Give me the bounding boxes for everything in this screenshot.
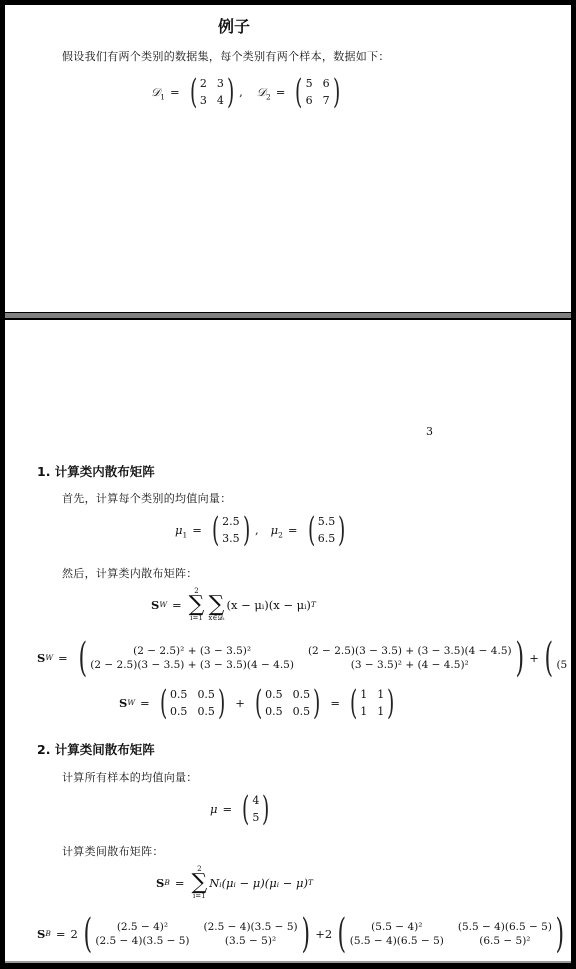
intro-text: 假设我们有两个类别的数据集，每个类别有两个样本，数据如下： <box>62 48 390 64</box>
sb-formula: SB = 2 ∑ i=1 Nᵢ(μᵢ − μ)(μᵢ − μ)T <box>156 866 313 900</box>
mu1-vector: ( 2.53.5 ) <box>209 513 253 547</box>
page-1: 例子 假设我们有两个类别的数据集，每个类别有两个样本，数据如下： 𝒟1 = ( … <box>5 5 571 312</box>
page-title: 例子 <box>218 14 250 37</box>
sum-symbol: ∑ x∈𝒟ᵢ <box>208 588 224 622</box>
sum-symbol: 2 ∑ i=1 <box>189 588 205 622</box>
class2-scatter-matrix-clipped: ( (5 (5 − 5.5)(6 <box>541 638 571 678</box>
section-2-text-1: 计算所有样本的均值向量： <box>62 769 198 785</box>
sb-expansion: SB = 2 ( (2.5 − 4)²(2.5 − 4)(3.5 − 5) (2… <box>37 914 570 954</box>
class2-between-matrix: ( (5.5 − 4)²(5.5 − 4)(6.5 − 5) (5.5 − 4)… <box>334 914 567 954</box>
d1-label: 𝒟1 <box>151 85 165 100</box>
mu-vector: ( 45 ) <box>239 792 273 826</box>
section-2-heading: 2. 计算类间散布矩阵 <box>37 740 155 758</box>
mu2-vector: ( 5.56.5 ) <box>305 513 349 547</box>
d2-label: 𝒟2 <box>257 85 271 100</box>
page-bottom-edge <box>5 961 571 963</box>
page-2: 3 1. 计算类内散布矩阵 首先，计算每个类别的均值向量： μ1 = ( 2.5… <box>5 320 571 961</box>
d2-matrix: ( 56 67 ) <box>292 75 343 109</box>
section-1-text-1: 首先，计算每个类别的均值向量： <box>62 490 232 506</box>
section-1-heading: 1. 计算类内散布矩阵 <box>37 462 155 480</box>
dataset-equation: 𝒟1 = ( 23 34 ) , 𝒟2 = ( 56 67 ) <box>151 75 345 109</box>
matrix-sw: ( 11 11 ) <box>347 686 398 720</box>
matrix-b: ( 0.50.5 0.50.5 ) <box>252 686 324 720</box>
class1-scatter-matrix: ( (2 − 2.5)² + (3 − 3.5)²(2 − 2.5)(3 − 3… <box>75 638 528 678</box>
overall-mean-equation: μ = ( 45 ) <box>210 792 275 826</box>
matrix-a: ( 0.50.5 0.50.5 ) <box>157 686 229 720</box>
mean-vectors-equation: μ1 = ( 2.53.5 ) , μ2 = ( 5.56.5 ) <box>175 513 351 547</box>
sw-result: SW = ( 0.50.5 0.50.5 ) + ( 0.50.5 0.50.5… <box>119 686 400 720</box>
page-separator <box>5 312 571 319</box>
sum-symbol: 2 ∑ i=1 <box>191 866 207 900</box>
page-number: 3 <box>426 425 433 438</box>
sw-expansion: SW = ( (2 − 2.5)² + (3 − 3.5)²(2 − 2.5)(… <box>37 638 571 678</box>
section-2-text-2: 计算类间散布矩阵： <box>62 843 164 859</box>
section-1-text-2: 然后，计算类内散布矩阵： <box>62 565 198 581</box>
class1-between-matrix: ( (2.5 − 4)²(2.5 − 4)(3.5 − 5) (2.5 − 4)… <box>80 914 313 954</box>
sw-formula: SW = 2 ∑ i=1 ∑ x∈𝒟ᵢ (x − μᵢ)(x − μᵢ)T <box>151 588 316 622</box>
d1-matrix: ( 23 34 ) <box>187 75 238 109</box>
